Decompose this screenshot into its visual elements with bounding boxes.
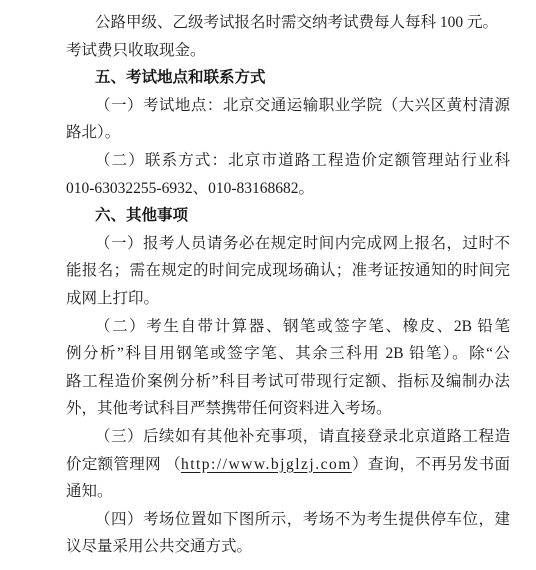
line-exam-location-1: （一）考试地点：北京交通运输职业学院（大兴区黄村清源: [66, 92, 510, 120]
line-item2-stationery-1: （二）考生自带计算器、钢笔或签字笔、橡皮、2B 铅笔（“案: [66, 313, 510, 341]
line-item1-registration-2: 能报名；需在规定的时间完成现场确认；准考证按通知的时间完: [66, 257, 510, 285]
line-item4-parking-2: 议尽量采用公共交通方式。: [66, 533, 510, 561]
line-contact-phone-numbers: 010-63032255-6932、010-83168682。: [66, 175, 510, 203]
website-link[interactable]: http://www.bjglzj.com: [181, 456, 352, 473]
heading-section-6: 六、其他事项: [66, 202, 510, 230]
line-item2-stationery-3: 路工程造价案例分析”科目考试可带现行定额、指标及编制办法: [66, 368, 510, 396]
line-item3-link-prefix: 价定额管理网 （: [66, 456, 181, 473]
heading-section-5: 五、考试地点和联系方式: [66, 64, 510, 92]
line-item3-supplement-3: 通知。: [66, 478, 510, 506]
line-item3-link-suffix: ）查询，不再另发书面: [352, 456, 510, 473]
line-item3-supplement-1: （三）后续如有其他补充事项，请直接登录北京道路工程造: [66, 423, 510, 451]
line-item4-parking-1: （四）考场位置如下图所示，考场不为考生提供停车位，建: [66, 506, 510, 534]
line-item1-registration-1: （一）报考人员请务必在规定时间内完成网上报名，过时不: [66, 230, 510, 258]
line-item2-stationery-4: 外，其他考试科目严禁携带任何资料进入考场。: [66, 395, 510, 423]
line-exam-fee-2: 考试费只收取现金。: [66, 37, 510, 65]
line-item3-supplement-2: 价定额管理网 （http://www.bjglzj.com）查询，不再另发书面: [66, 451, 510, 479]
line-contact-info-1: （二）联系方式：北京市道路工程造价定额管理站行业科: [66, 147, 510, 175]
document-page: 公路甲级、乙级考试报名时需交纳考试费每人每科 100 元。 考试费只收取现金。 …: [0, 0, 536, 570]
line-exam-location-2: 路北）。: [66, 119, 510, 147]
line-item2-stationery-2: 例分析”科目用钢笔或签字笔、其余三科用 2B 铅笔）。除“公: [66, 340, 510, 368]
line-item1-registration-3: 成网上打印。: [66, 285, 510, 313]
line-exam-fee-1: 公路甲级、乙级考试报名时需交纳考试费每人每科 100 元。: [66, 9, 510, 37]
